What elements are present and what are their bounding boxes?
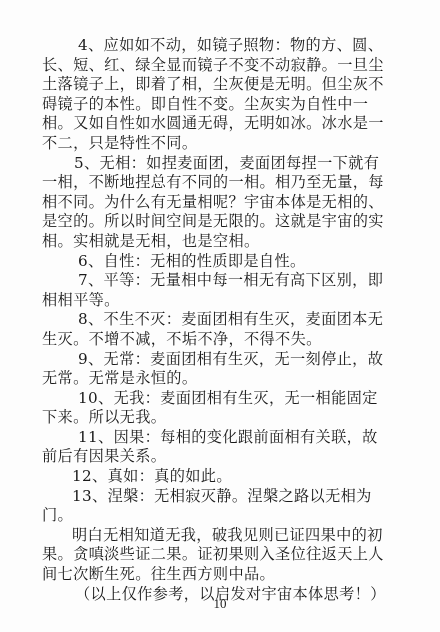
text-line: 下来。所以无我。 (42, 408, 378, 428)
text-line: 8、不生不灭：麦面团相有生灭，麦面团本无 (42, 310, 378, 330)
text-line: 不二，只是特性不同。 (42, 134, 378, 154)
text-line: 7、平等：无量相中每一相无有高下区别，即 (42, 271, 378, 291)
text-line: 6、自性：无相的性质即是自性。 (42, 252, 378, 272)
text-line: 生灭。不增不减，不垢不净，不得不失。 (42, 330, 378, 350)
text-line: 门。 (42, 506, 378, 526)
text-line: 10、无我：麦面团相有生灭，无一相能固定 (42, 389, 378, 409)
text-line: 相不同。为什么有无量相呢？宇宙本体是无相的、 (42, 193, 378, 213)
text-line: 长、短、红、绿全显而镜子不变不动寂静。一旦尘 (42, 56, 378, 76)
text-line: 12、真如：真的如此。 (42, 467, 378, 487)
text-line: 相相平等。 (42, 291, 378, 311)
text-line: 果。贪嗔淡些证二果。证初果则入圣位往返天上人 (42, 545, 378, 565)
text-line: 碍镜子的本性。即自性不变。尘灰实为自性中一 (42, 95, 378, 115)
document-page: 4、应如如不动，如镜子照物：物的方、圆、 长、短、红、绿全显而镜子不变不动寂静。… (0, 0, 440, 632)
text-line: 前后有因果关系。 (42, 447, 378, 467)
text-line: 间七次断生死。往生西方则中品。 (42, 565, 378, 585)
text-line: 明白无相知道无我，破我见则已证四果中的初 (42, 526, 378, 546)
text-line: 相。实相就是无相，也是空相。 (42, 232, 378, 252)
document-body: 4、应如如不动，如镜子照物：物的方、圆、 长、短、红、绿全显而镜子不变不动寂静。… (42, 36, 378, 604)
text-line: 一相，不断地捏总有不同的一相。相乃至无量，每 (42, 173, 378, 193)
text-line: 是空的。所以时间空间是无限的。这就是宇宙的实 (42, 212, 378, 232)
text-line: 4、应如如不动，如镜子照物：物的方、圆、 (42, 36, 378, 56)
page-number: 10 (0, 596, 440, 612)
text-line: 土落镜子上，即着了相，尘灰便是无明。但尘灰不 (42, 75, 378, 95)
text-line: 相。又如自性如水圆通无碍，无明如冰。冰水是一 (42, 114, 378, 134)
text-line: 11、因果：每相的变化跟前面相有关联，故 (42, 428, 378, 448)
text-line: 13、涅槃：无相寂灭静。涅槃之路以无相为 (42, 487, 378, 507)
text-line: 9、无常：麦面团相有生灭，无一刻停止，故 (42, 350, 378, 370)
text-line: 无常。无常是永恒的。 (42, 369, 378, 389)
text-line: 5、无相：如捏麦面团，麦面团每捏一下就有 (42, 154, 378, 174)
